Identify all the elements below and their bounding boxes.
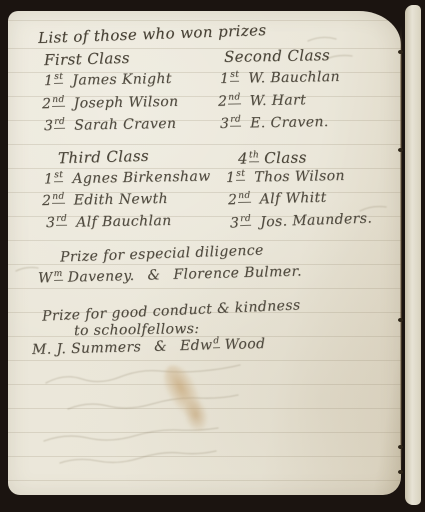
prize-entry: 2ndJoseph Wilson bbox=[42, 94, 179, 112]
winner-name: Sarah Craven bbox=[74, 116, 176, 134]
name-superscript: m bbox=[54, 270, 63, 281]
prize-entry: 2ndW. Hart bbox=[218, 92, 306, 110]
rank-ordinal: rd bbox=[54, 118, 65, 129]
prize-entry: 3rdE. Craven. bbox=[220, 114, 329, 132]
rank-number: 3 bbox=[220, 116, 230, 132]
stitch-dot bbox=[398, 445, 403, 449]
class-heading-word: Class bbox=[264, 148, 307, 167]
rank-ordinal: st bbox=[236, 170, 245, 181]
winner-name: Daveney. bbox=[68, 268, 135, 286]
winner-name: W. Bauchlan bbox=[248, 69, 340, 87]
winner-name: Alf Bauchlan bbox=[76, 213, 172, 231]
rank-ordinal: st bbox=[54, 171, 63, 182]
special-prize-heading-line2: to schoolfellows: bbox=[74, 321, 200, 339]
rank-ordinal: st bbox=[230, 71, 239, 82]
rank-ordinal: rd bbox=[230, 116, 241, 127]
rank-number: 1 bbox=[44, 171, 54, 187]
name-superscript: d bbox=[213, 337, 219, 348]
winner-name: W. Hart bbox=[250, 92, 307, 109]
stitch-dot bbox=[398, 470, 403, 474]
ampersand: & bbox=[147, 267, 160, 283]
winner-name: Edith Newth bbox=[74, 191, 169, 209]
rank-ordinal: nd bbox=[238, 192, 251, 203]
rank-ordinal: nd bbox=[52, 96, 65, 107]
stitch-dot bbox=[398, 50, 403, 54]
rank-ordinal: rd bbox=[240, 215, 251, 226]
notebook-photo: List of those who won prizes First Class… bbox=[0, 0, 425, 512]
rank-ordinal: rd bbox=[56, 215, 67, 226]
winner-name: Thos Wilson bbox=[254, 168, 345, 186]
rank-number: 2 bbox=[42, 193, 52, 209]
class-heading-second: Second Class bbox=[224, 46, 330, 66]
rank-number: 4 bbox=[238, 149, 248, 167]
winner-name: Wood bbox=[224, 336, 265, 353]
rank-ordinal: th bbox=[249, 151, 259, 162]
rank-ordinal: nd bbox=[228, 93, 241, 104]
binding-gutter bbox=[400, 26, 402, 478]
winner-name: James Knight bbox=[72, 71, 172, 89]
prize-entry: 1stJames Knight bbox=[44, 71, 172, 89]
winner-name: Florence Bulmer. bbox=[173, 264, 302, 283]
prize-entry: 1stThos Wilson bbox=[226, 168, 345, 186]
stitch-dot bbox=[398, 148, 403, 152]
prize-entry: 1stAgnes Birkenshaw bbox=[44, 169, 211, 188]
prize-entry: 2ndEdith Newth bbox=[42, 191, 168, 209]
winner-name: W bbox=[38, 270, 53, 286]
winner-name: Agnes Birkenshaw bbox=[72, 169, 210, 187]
rank-number: 3 bbox=[230, 215, 240, 231]
rank-number: 2 bbox=[228, 192, 238, 208]
prize-entry: 3rdSarah Craven bbox=[44, 116, 177, 134]
class-heading-fourth: 4thClass bbox=[238, 148, 307, 167]
stitch-dot bbox=[398, 318, 403, 322]
rank-number: 2 bbox=[218, 94, 228, 110]
rank-number: 1 bbox=[44, 73, 54, 89]
winner-name: M. J. Summers bbox=[32, 339, 142, 358]
winner-name: Alf Whitt bbox=[259, 190, 326, 208]
rank-number: 2 bbox=[42, 96, 52, 112]
rank-number: 3 bbox=[46, 215, 56, 231]
rank-ordinal: nd bbox=[52, 193, 65, 204]
prize-entry: 2ndAlf Whitt bbox=[228, 190, 327, 209]
prize-entry: 1stW. Bauchlan bbox=[220, 69, 340, 87]
winner-name: E. Craven. bbox=[250, 114, 329, 131]
rank-number: 1 bbox=[226, 170, 236, 186]
adjacent-page-edge bbox=[405, 5, 421, 505]
winner-name: Joseph Wilson bbox=[74, 94, 179, 112]
class-heading-first: First Class bbox=[44, 49, 130, 69]
ampersand: & bbox=[154, 339, 167, 355]
class-heading-third: Third Class bbox=[58, 147, 149, 167]
winner-name: Edw bbox=[180, 337, 213, 354]
notebook-page: List of those who won prizes First Class… bbox=[8, 11, 401, 495]
rank-number: 3 bbox=[44, 118, 54, 134]
rank-ordinal: st bbox=[54, 73, 63, 84]
prize-entry: 3rdAlf Bauchlan bbox=[46, 213, 172, 231]
rank-number: 1 bbox=[220, 71, 230, 87]
